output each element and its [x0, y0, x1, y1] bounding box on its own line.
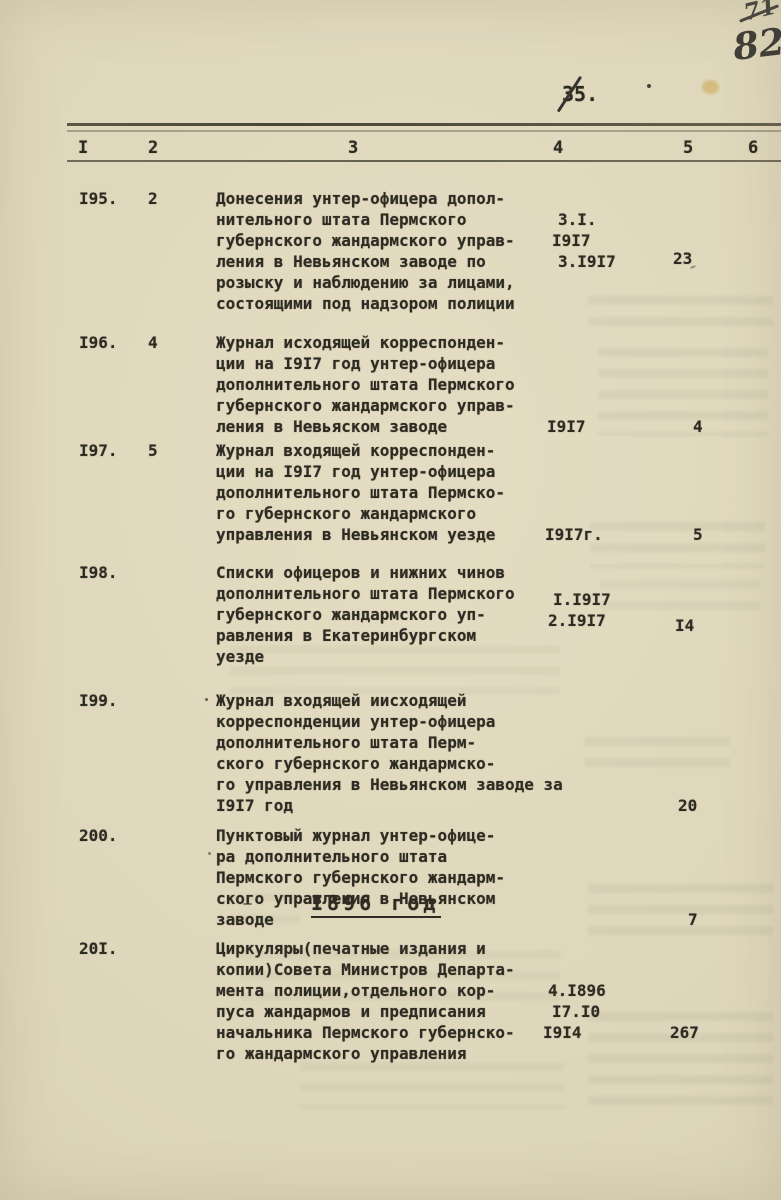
description-line: I9I7 год	[216, 795, 588, 816]
entry-dates: I9I7	[547, 416, 586, 437]
description-line: го жандармского управления	[216, 1043, 588, 1064]
entry-quantity: 5	[148, 440, 158, 461]
entry-dates: 4.I896	[548, 980, 606, 1001]
entry-dates: I7.I0	[552, 1001, 600, 1022]
entry-dates: I9I7г.	[545, 524, 603, 545]
description-line: дополнительного штата Пермского	[216, 374, 588, 395]
table-body: I95. 2 Донесения унтер-офицера допол-нит…	[0, 0, 781, 1200]
entry-quantity: 4	[148, 332, 158, 353]
entry-sheet-count: 4	[693, 416, 703, 437]
year-section-heading: I896 год	[311, 891, 441, 918]
entry-sheet-count: 23	[673, 248, 692, 269]
entry-number: I95.	[79, 188, 118, 209]
description-line: дополнительного штата Перм-	[216, 732, 588, 753]
description-line: го управления в Невьянском заводе за	[216, 774, 588, 795]
entry-dates: I.I9I7	[553, 589, 611, 610]
entry-description: Журнал исходящей корреспонден-ции на I9I…	[216, 332, 588, 437]
entry-sheet-count: I4	[675, 615, 694, 636]
description-line: мента полиции,отдельного кор-	[216, 980, 588, 1001]
entry-sheet-count: 7	[688, 909, 698, 930]
description-line: Пермского губернского жандарм-	[216, 867, 588, 888]
description-line: копии)Совета Министров Департа-	[216, 959, 588, 980]
entry-number: 200.	[79, 825, 118, 846]
description-line: пуса жандармов и предписания	[216, 1001, 588, 1022]
description-line: губернского жандармского управ-	[216, 230, 588, 251]
entry-number: 20I.	[79, 938, 118, 959]
description-line: губернского жандармского управ-	[216, 395, 588, 416]
description-line: ского губернского жандармско-	[216, 753, 588, 774]
description-line: го губернского жандармского	[216, 503, 588, 524]
entry-sheet-count: 267	[670, 1022, 699, 1043]
entry-description: Списки офицеров и нижних чиновдополнител…	[216, 562, 588, 667]
entry-number: I96.	[79, 332, 118, 353]
description-line: начальника Пермского губернско-	[216, 1022, 588, 1043]
entry-dates: 3.I.	[558, 209, 597, 230]
entry-number: I98.	[79, 562, 118, 583]
archive-inventory-page: 71 82 35. I 2 3 4 5 6 I95. 2 Донесения у…	[0, 0, 781, 1200]
entry-quantity: 2	[148, 188, 158, 209]
description-line: Журнал входящей иисходящей	[216, 690, 588, 711]
description-line: ции на I9I7 год унтер-офицера	[216, 461, 588, 482]
entry-description: Журнал входящей корреспонден-ции на I9I7…	[216, 440, 588, 545]
description-line: Журнал исходящей корреспонден-	[216, 332, 588, 353]
entry-description: Циркуляры(печатные издания икопии)Совета…	[216, 938, 588, 1064]
description-line: губернского жандармского уп-	[216, 604, 588, 625]
description-line: ра дополнительного штата	[216, 846, 588, 867]
entry-description: Донесения унтер-офицера допол-нительного…	[216, 188, 588, 314]
description-line: ции на I9I7 год унтер-офицера	[216, 353, 588, 374]
entry-dates: I9I7	[552, 230, 591, 251]
entry-sheet-count: 20	[678, 795, 697, 816]
entry-dates: 3.I9I7	[558, 251, 616, 272]
description-line: ления в Невьянском заводе по	[216, 251, 588, 272]
entry-sheet-count: 5	[693, 524, 703, 545]
entry-dates: 2.I9I7	[548, 610, 606, 631]
description-line: состоящими под надзором полиции	[216, 293, 588, 314]
description-line: розыску и наблюдению за лицами,	[216, 272, 588, 293]
description-line: равления в Екатеринбургском	[216, 625, 588, 646]
description-line: Журнал входящей корреспонден-	[216, 440, 588, 461]
entry-number: I99.	[79, 690, 118, 711]
description-line: ления в Невьяском заводе	[216, 416, 588, 437]
description-line: Донесения унтер-офицера допол-	[216, 188, 588, 209]
description-line: Пунктовый журнал унтер-офице-	[216, 825, 588, 846]
description-line: дополнительного штата Пермско-	[216, 482, 588, 503]
description-line: Циркуляры(печатные издания и	[216, 938, 588, 959]
description-line: нительного штата Пермского	[216, 209, 588, 230]
description-line: дополнительного штата Пермского	[216, 583, 588, 604]
description-line: корреспонденции унтер-офицера	[216, 711, 588, 732]
description-line: Списки офицеров и нижних чинов	[216, 562, 588, 583]
entry-dates: I9I4	[543, 1022, 582, 1043]
description-line: управления в Невьянском уезде	[216, 524, 588, 545]
entry-number: I97.	[79, 440, 118, 461]
description-line: уезде	[216, 646, 588, 667]
entry-description: Журнал входящей иисходящейкорреспонденци…	[216, 690, 588, 816]
